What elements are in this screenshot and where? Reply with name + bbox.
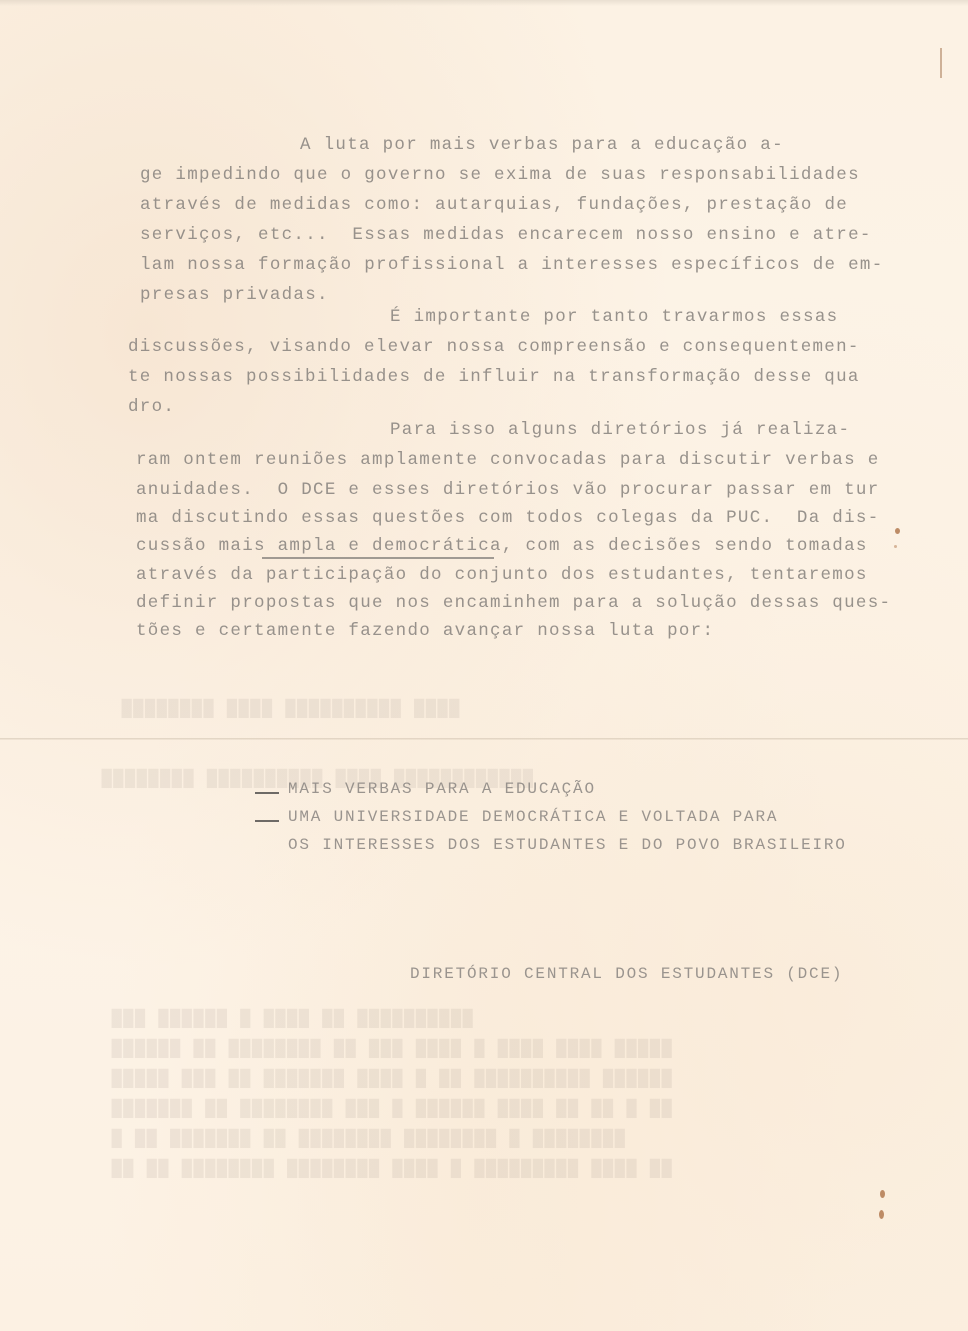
paragraph-3-line-5: cussão mais ampla e democrática, com as … — [136, 536, 868, 556]
dash-bullet — [255, 820, 279, 822]
demand-2-continuation: OS INTERESSES DOS ESTUDANTES E DO POVO B… — [288, 836, 847, 854]
show-through-text: ██████████ ██ ████ █ ██████ ███ — [110, 1010, 473, 1029]
signature: DIRETÓRIO CENTRAL DOS ESTUDANTES (DCE) — [410, 965, 843, 983]
paragraph-1-line-1: A luta por mais verbas para a educação a… — [300, 135, 784, 155]
paragraph-3-line-3: anuidades. O DCE e esses diretórios vão … — [136, 480, 880, 500]
paragraph-1-line-4: serviços, etc... Essas medidas encarecem… — [140, 225, 872, 245]
underline-ampla-democratica — [262, 557, 494, 559]
paragraph-2-line-3: te nossas possibilidades de influir na t… — [128, 367, 860, 387]
dash-bullet — [255, 792, 279, 794]
paragraph-3-line-2: ram ontem reuniões amplamente convocadas… — [136, 450, 880, 470]
paragraph-1-line-3: através de medidas como: autarquias, fun… — [140, 195, 848, 215]
show-through-text: ████████ █ ████████ ████████ ██ ███████ … — [110, 1130, 625, 1149]
paragraph-1-line-5: lam nossa formação profissional a intere… — [140, 255, 884, 275]
demand-1: MAIS VERBAS PARA A EDUCAÇÃO — [288, 780, 596, 798]
paragraph-3-line-4: ma discutindo essas questões com todos c… — [136, 508, 880, 528]
scanned-page: ████ ██████████ ████ ████████ ██████████… — [0, 0, 968, 1331]
stain-spot — [879, 1210, 884, 1219]
paragraph-3-line-6: através da participação do conjunto dos … — [136, 565, 868, 585]
paragraph-1-line-6: presas privadas. — [140, 285, 329, 305]
paragraph-2-line-2: discussões, visando elevar nossa compree… — [128, 337, 860, 357]
show-through-text: ████ ██████████ ████ ████████ — [120, 700, 459, 719]
demand-2: UMA UNIVERSIDADE DEMOCRÁTICA E VOLTADA P… — [288, 808, 778, 826]
show-through-text: ██████ ██████████ ██ █ ████ ███████ ██ █… — [110, 1070, 672, 1089]
paragraph-1-line-2: ge impedindo que o governo se exima de s… — [140, 165, 860, 185]
paragraph-2-line-4: dro. — [128, 397, 175, 417]
show-through-text: ██ ████ █████████ █ ████ ████████ ██████… — [110, 1160, 672, 1179]
paragraph-3-line-1: Para isso alguns diretórios já realiza- — [390, 420, 850, 440]
stain-spot — [880, 1190, 885, 1198]
paragraph-3-line-8: tões e certamente fazendo avançar nossa … — [136, 621, 714, 641]
paragraph-3-line-7: definir propostas que nos encaminhem par… — [136, 593, 891, 613]
page-top-edge — [0, 0, 968, 6]
show-through-text: ██ █ ██ ██ ████ ██████ █ ███ ████████ ██… — [110, 1100, 672, 1119]
show-through-text: █████ ████ ████ █ ████ ███ ██ ████████ █… — [110, 1040, 672, 1059]
stain-spot — [895, 528, 900, 534]
ink-mark — [940, 48, 942, 78]
paragraph-2-line-1: É importante por tanto travarmos essas — [390, 307, 838, 327]
fold-line — [0, 738, 968, 740]
stain-spot — [894, 545, 897, 548]
